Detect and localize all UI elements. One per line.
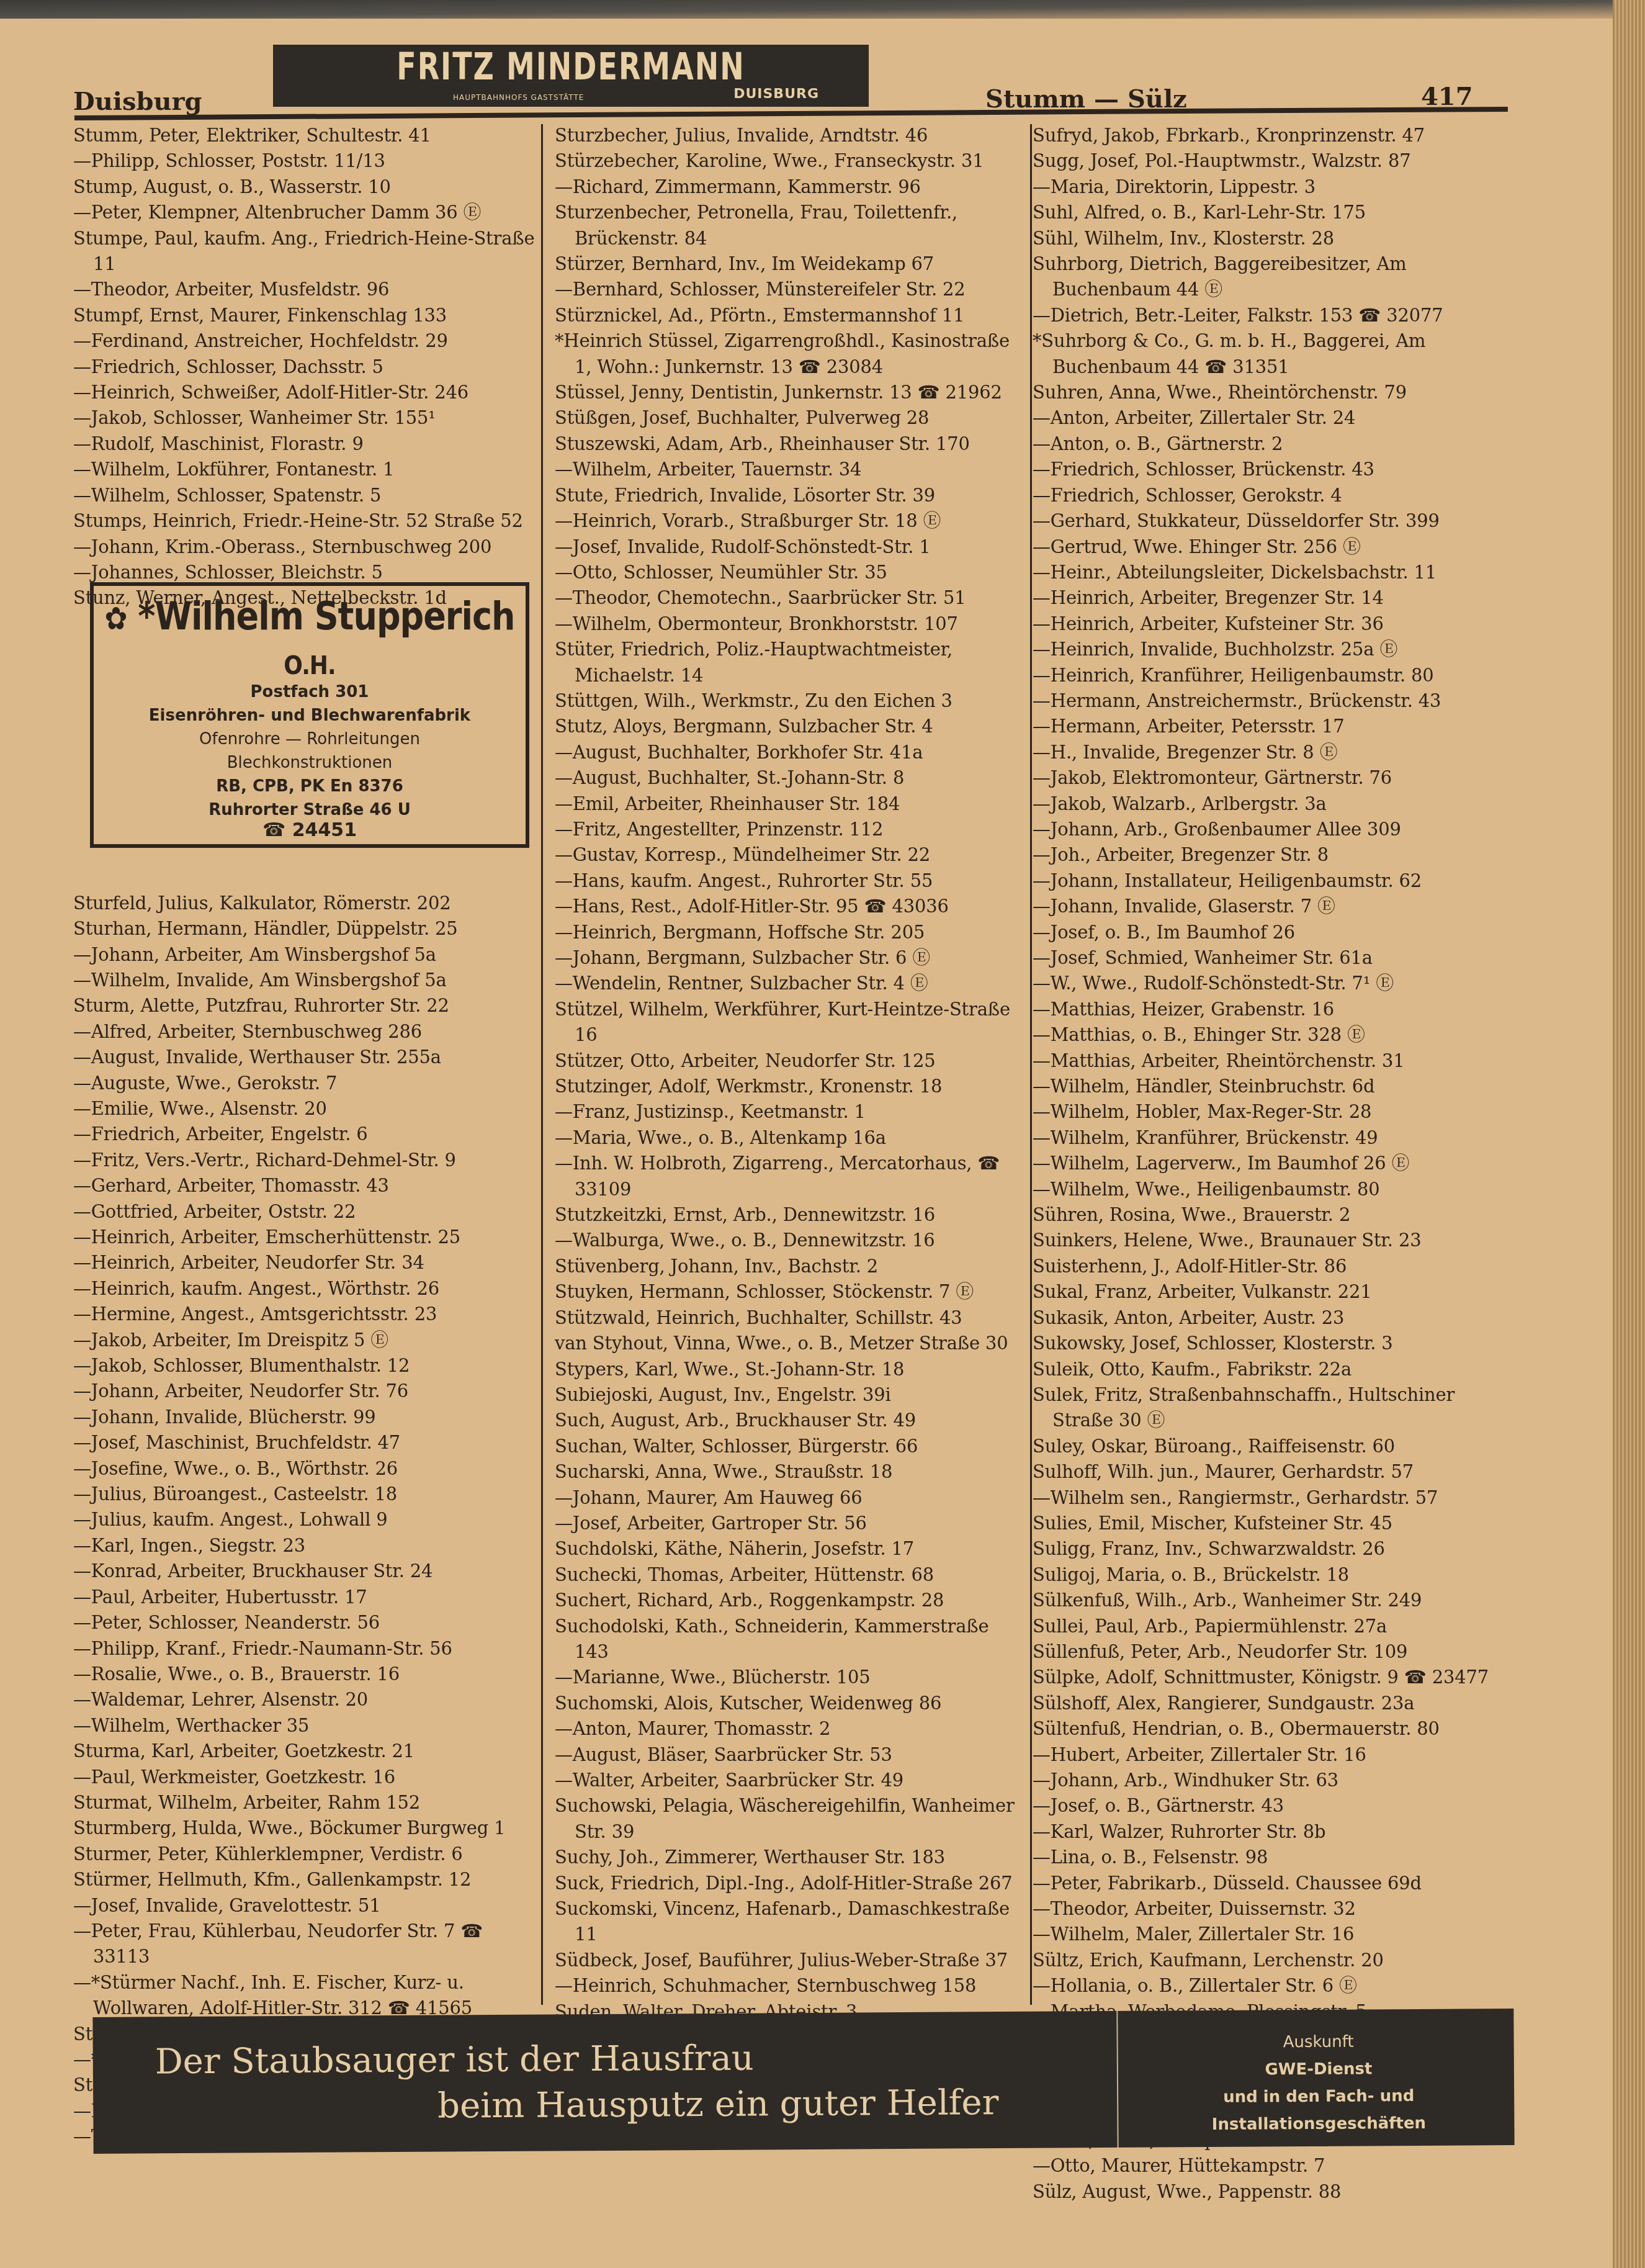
- directory-entry: —Peter, Klempner, Altenbrucher Damm 36 Ⓔ: [73, 200, 545, 225]
- directory-entry: Suckomski, Vincenz, Hafenarb., Damaschke…: [555, 1896, 1026, 1948]
- directory-entry: Suhrborg, Dietrich, Baggereibesitzer, Am…: [1033, 251, 1517, 303]
- directory-entry: Stürzer, Bernhard, Inv., Im Weidekamp 67: [555, 251, 1026, 277]
- directory-entry: Suhl, Alfred, o. B., Karl-Lehr-Str. 175: [1033, 200, 1517, 225]
- directory-entry: —Maria, Wwe., o. B., Altenkamp 16a: [555, 1125, 1026, 1151]
- directory-entry: Stutzinger, Adolf, Werkmstr., Kronenstr.…: [555, 1074, 1026, 1099]
- directory-entry: Sültz, Erich, Kaufmann, Lerchenstr. 20: [1033, 1948, 1517, 1973]
- directory-entry: —Josef, Schmied, Wanheimer Str. 61a: [1033, 945, 1517, 971]
- page-edge: [1613, 0, 1645, 2268]
- directory-entry: Subiejoski, August, Inv., Engelstr. 39i: [555, 1382, 1026, 1408]
- directory-entry: —Wilhelm, Arbeiter, Tauernstr. 34: [555, 457, 1026, 482]
- directory-entry: —Josefine, Wwe., o. B., Wörthstr. 26: [73, 1456, 545, 1482]
- directory-entry: —Wilhelm, Kranführer, Brückenstr. 49: [1033, 1125, 1517, 1151]
- directory-entry: —Heinrich, Schuhmacher, Sternbuschweg 15…: [555, 1973, 1026, 1999]
- directory-entry: Suhren, Anna, Wwe., Rheintörchenstr. 79: [1033, 380, 1517, 405]
- directory-entry: Stump, August, o. B., Wasserstr. 10: [73, 174, 545, 200]
- directory-entry: —Hermine, Angest., Amtsgerichtsstr. 23: [73, 1302, 545, 1327]
- directory-entry: —Peter, Schlosser, Neanderstr. 56: [73, 1610, 545, 1636]
- directory-entry: —Ferdinand, Anstreicher, Hochfeldstr. 29: [73, 328, 545, 354]
- directory-entry: —Wilhelm, Werthacker 35: [73, 1713, 545, 1739]
- directory-entry: Stypers, Karl, Wwe., St.-Johann-Str. 18: [555, 1357, 1026, 1382]
- directory-entry: —Karl, Ingen., Siegstr. 23: [73, 1533, 545, 1559]
- directory-entry: Stürzebecher, Karoline, Wwe., Franseckys…: [555, 148, 1026, 174]
- directory-entry: —Friedrich, Schlosser, Gerokstr. 4: [1033, 483, 1517, 508]
- ad-line: Ruhrorter Straße 46 U: [94, 801, 526, 819]
- directory-entry: —Johann, Arb., Windhuker Str. 63: [1033, 1768, 1517, 1793]
- ad-line: Blechkonstruktionen: [94, 754, 526, 772]
- ad-phone: ☎ 24451: [94, 819, 526, 841]
- directory-entry: —Gerhard, Stukkateur, Düsseldorfer Str. …: [1033, 508, 1517, 534]
- directory-entry: —Josef, o. B., Gärtnerstr. 43: [1033, 1793, 1517, 1819]
- directory-entry: Sucharski, Anna, Wwe., Straußstr. 18: [555, 1459, 1026, 1485]
- directory-entry: Sülshoff, Alex, Rangierer, Sundgaustr. 2…: [1033, 1691, 1517, 1716]
- directory-entry: —Heinrich, Bergmann, Hoffsche Str. 205: [555, 920, 1026, 945]
- directory-entry: —Jakob, Schlosser, Blumenthalstr. 12: [73, 1353, 545, 1379]
- directory-entry: —Wilhelm, Schlosser, Spatenstr. 5: [73, 483, 545, 508]
- directory-entry: Sufryd, Jakob, Fbrkarb., Kronprinzenstr.…: [1033, 123, 1517, 148]
- directory-entry: Sturmat, Wilhelm, Arbeiter, Rahm 152: [73, 1790, 545, 1816]
- ad-line: RB, CPB, PK En 8376: [94, 777, 526, 796]
- directory-entry: Stuszewski, Adam, Arb., Rheinhauser Str.…: [555, 431, 1026, 457]
- directory-entry: Sühren, Rosina, Wwe., Brauerstr. 2: [1033, 1202, 1517, 1228]
- directory-entry: Suleik, Otto, Kaufm., Fabrikstr. 22a: [1033, 1357, 1517, 1382]
- directory-entry: —Wilhelm, Maler, Zillertaler Str. 16: [1033, 1922, 1517, 1947]
- directory-entry: —Wilhelm, Wwe., Heiligenbaumstr. 80: [1033, 1177, 1517, 1202]
- directory-entry: —Anton, o. B., Gärtnerstr. 2: [1033, 431, 1517, 457]
- directory-entry: —Auguste, Wwe., Gerokstr. 7: [73, 1071, 545, 1096]
- directory-entry: Suchecki, Thomas, Arbeiter, Hüttenstr. 6…: [555, 1562, 1026, 1588]
- directory-entry: Suligoj, Maria, o. B., Brückelstr. 18: [1033, 1562, 1517, 1588]
- directory-entry: —Wilhelm, Invalide, Am Winsbergshof 5a: [73, 968, 545, 993]
- directory-entry: Sukowsky, Josef, Schlosser, Klosterstr. …: [1033, 1331, 1517, 1356]
- directory-entry: Sturmberg, Hulda, Wwe., Böckumer Burgweg…: [73, 1816, 545, 1841]
- directory-entry: —Josef, o. B., Im Baumhof 26: [1033, 920, 1517, 945]
- directory-entry: Stüssel, Jenny, Dentistin, Junkernstr. 1…: [555, 380, 1026, 405]
- directory-entry: Sulies, Emil, Mischer, Kufsteiner Str. 4…: [1033, 1511, 1517, 1536]
- directory-entry: —Heinrich, Vorarb., Straßburger Str. 18 …: [555, 508, 1026, 534]
- directory-entry: Sülkenfuß, Wilh., Arb., Wanheimer Str. 2…: [1033, 1588, 1517, 1613]
- directory-entry: —Dietrich, Betr.-Leiter, Falkstr. 153 ☎ …: [1033, 303, 1517, 328]
- ad-slogan-line1: Der Staubsauger ist der Hausfrau: [155, 2038, 754, 2082]
- directory-entry: —Johann, Arbeiter, Neudorfer Str. 76: [73, 1379, 545, 1404]
- directory-entry: Stute, Friedrich, Invalide, Lösorter Str…: [555, 483, 1026, 508]
- directory-entry: —Richard, Zimmermann, Kammerstr. 96: [555, 174, 1026, 200]
- directory-entry: —Jakob, Arbeiter, Im Dreispitz 5 Ⓔ: [73, 1328, 545, 1353]
- directory-entry: —Friedrich, Arbeiter, Engelstr. 6: [73, 1122, 545, 1147]
- directory-entry: —Wendelin, Rentner, Sulzbacher Str. 4 Ⓔ: [555, 971, 1026, 996]
- directory-entry: Suck, Friedrich, Dipl.-Ing., Adolf-Hitle…: [555, 1871, 1026, 1896]
- directory-entry: —Gustav, Korresp., Mündelheimer Str. 22: [555, 842, 1026, 868]
- ad-vacuum-cleaner: Der Staubsauger ist der Hausfrau beim Ha…: [92, 2009, 1514, 2154]
- directory-entry: —Theodor, Arbeiter, Duissernstr. 32: [1033, 1896, 1517, 1922]
- directory-entry: —Emil, Arbeiter, Rheinhauser Str. 184: [555, 791, 1026, 817]
- directory-entry: Sülz, August, Wwe., Pappenstr. 88: [1033, 2179, 1517, 2205]
- directory-entry: Suley, Oskar, Büroang., Raiffeisenstr. 6…: [1033, 1434, 1517, 1459]
- directory-entry: —Theodor, Chemotechn., Saarbrücker Str. …: [555, 585, 1026, 611]
- directory-entry: —Johann, Arb., Großenbaumer Allee 309: [1033, 817, 1517, 842]
- directory-entry: —Paul, Werkmeister, Goetzkestr. 16: [73, 1765, 545, 1790]
- directory-entry: —Bernhard, Schlosser, Münstereifeler Str…: [555, 277, 1026, 302]
- directory-entry: —Walter, Arbeiter, Saarbrücker Str. 49: [555, 1768, 1026, 1793]
- directory-entry: Sturm, Alette, Putzfrau, Ruhrorter Str. …: [73, 993, 545, 1019]
- directory-entry: —Heinrich, Kranführer, Heiligenbaumstr. …: [1033, 663, 1517, 688]
- directory-entry: —Gertrud, Wwe. Ehinger Str. 256 Ⓔ: [1033, 534, 1517, 560]
- directory-entry: —*Stürmer Nachf., Inh. E. Fischer, Kurz-…: [73, 1970, 545, 2022]
- directory-entry: —August, Bläser, Saarbrücker Str. 53: [555, 1742, 1026, 1768]
- entry-list: Stumm, Peter, Elektriker, Schultestr. 41…: [73, 123, 545, 611]
- directory-entry: —Johann, Bergmann, Sulzbacher Str. 6 Ⓔ: [555, 945, 1026, 971]
- directory-entry: Sturfeld, Julius, Kalkulator, Römerstr. …: [73, 891, 545, 916]
- directory-entry: Stüßgen, Josef, Buchhalter, Pulverweg 28: [555, 405, 1026, 431]
- directory-entry: Sturhan, Hermann, Händler, Düppelstr. 25: [73, 916, 545, 942]
- directory-entry: —Julius, Büroangest., Casteelstr. 18: [73, 1482, 545, 1507]
- directory-entry: —Wilhelm, Hobler, Max-Reger-Str. 28: [1033, 1099, 1517, 1125]
- directory-entry: Sukal, Franz, Arbeiter, Vulkanstr. 221: [1033, 1279, 1517, 1305]
- directory-entry: —Josef, Invalide, Rudolf-Schönstedt-Str.…: [555, 534, 1026, 560]
- directory-entry: —Wilhelm, Händler, Steinbruchstr. 6d: [1033, 1074, 1517, 1099]
- directory-entry: —Jakob, Elektromonteur, Gärtnerstr. 76: [1033, 765, 1517, 791]
- directory-entry: —Peter, Fabrikarb., Düsseld. Chaussee 69…: [1033, 1871, 1517, 1896]
- directory-entry: Sulek, Fritz, Straßenbahnschaffn., Hults…: [1033, 1382, 1517, 1434]
- directory-entry: Suchan, Walter, Schlosser, Bürgerstr. 66: [555, 1434, 1026, 1459]
- column-1: Stumm, Peter, Elektriker, Schultestr. 41…: [73, 123, 545, 2150]
- directory-entry: Suchy, Joh., Zimmerer, Werthauser Str. 1…: [555, 1845, 1026, 1870]
- directory-entry: —Heinrich, kaufm. Angest., Wörthstr. 26: [73, 1276, 545, 1302]
- directory-entry: —Marianne, Wwe., Blücherstr. 105: [555, 1665, 1026, 1690]
- directory-entry: —Wilhelm, Lagerverw., Im Baumhof 26 Ⓔ: [1033, 1151, 1517, 1176]
- directory-entry: —Johann, Invalide, Blücherstr. 99: [73, 1405, 545, 1430]
- directory-entry: Süllenfuß, Peter, Arb., Neudorfer Str. 1…: [1033, 1639, 1517, 1665]
- directory-entry: —Heinrich, Arbeiter, Emscherhüttenstr. 2…: [73, 1225, 545, 1250]
- directory-entry: —Fritz, Vers.-Vertr., Richard-Dehmel-Str…: [73, 1148, 545, 1173]
- ad-stupperich: ✿ *Wilhelm Stupperich O.H. Postfach 301 …: [90, 582, 529, 848]
- directory-entry: Stumm, Peter, Elektriker, Schultestr. 41: [73, 123, 545, 148]
- directory-entry: —Anton, Arbeiter, Zillertaler Str. 24: [1033, 405, 1517, 431]
- directory-entry: Sturzenbecher, Petronella, Frau, Toilett…: [555, 200, 1026, 251]
- directory-entry: —Philipp, Kranf., Friedr.-Naumann-Str. 5…: [73, 1636, 545, 1662]
- entry-list: Sturfeld, Julius, Kalkulator, Römerstr. …: [73, 891, 545, 2150]
- directory-entry: Stützel, Wilhelm, Werkführer, Kurt-Heint…: [555, 997, 1026, 1048]
- directory-entry: —Konrad, Arbeiter, Bruckhauser Str. 24: [73, 1559, 545, 1584]
- directory-entry: —Lina, o. B., Felsenstr. 98: [1033, 1845, 1517, 1870]
- directory-entry: Suisterhenn, J., Adolf-Hitler-Str. 86: [1033, 1254, 1517, 1279]
- directory-entry: Suchowski, Pelagia, Wäschereigehilfin, W…: [555, 1793, 1026, 1845]
- directory-entry: Sühl, Wilhelm, Inv., Klosterstr. 28: [1033, 226, 1517, 251]
- directory-entry: —Johann, Installateur, Heiligenbaumstr. …: [1033, 868, 1517, 894]
- directory-entry: —Heinrich, Invalide, Buchholzstr. 25a Ⓔ: [1033, 637, 1517, 662]
- directory-entry: —August, Invalide, Werthauser Str. 255a: [73, 1045, 545, 1070]
- directory-entry: —Josef, Invalide, Gravelottestr. 51: [73, 1893, 545, 1919]
- directory-entry: Stürmer, Hellmuth, Kfm., Gallenkampstr. …: [73, 1867, 545, 1892]
- directory-entry: —Paul, Arbeiter, Hubertusstr. 17: [73, 1585, 545, 1610]
- directory-entry: Sullei, Paul, Arb., Papiermühlenstr. 27a: [1033, 1614, 1517, 1639]
- directory-entry: Suchodolski, Kath., Schneiderin, Kammers…: [555, 1614, 1026, 1665]
- directory-entry: Stüvenberg, Johann, Inv., Bachstr. 2: [555, 1254, 1026, 1279]
- header-city: Duisburg: [73, 87, 202, 116]
- directory-entry: —Philipp, Schlosser, Poststr. 11/13: [73, 148, 545, 174]
- ad-line: Postfach 301: [94, 683, 526, 701]
- ad-slogan-line2: beim Hausputz ein guter Helfer: [437, 2082, 999, 2126]
- directory-entry: Such, August, Arb., Bruckhauser Str. 49: [555, 1408, 1026, 1433]
- directory-entry: —Friedrich, Schlosser, Brückenstr. 43: [1033, 457, 1517, 482]
- directory-entry: —Alfred, Arbeiter, Sternbuschweg 286: [73, 1019, 545, 1045]
- directory-entry: *Suhrborg & Co., G. m. b. H., Baggerei, …: [1033, 328, 1517, 380]
- ad-side-line: Installationsgeschäften: [1123, 2109, 1514, 2139]
- directory-entry: Sülpke, Adolf, Schnittmuster, Königstr. …: [1033, 1665, 1517, 1690]
- directory-entry: Stumpf, Ernst, Maurer, Finkenschlag 133: [73, 303, 545, 328]
- directory-entry: —Johann, Maurer, Am Hauweg 66: [555, 1485, 1026, 1511]
- directory-entry: Stutzkeitzki, Ernst, Arb., Dennewitzstr.…: [555, 1202, 1026, 1228]
- ad-side-line: und in den Fach- und: [1123, 2082, 1514, 2112]
- directory-entry: —Heinrich, Arbeiter, Neudorfer Str. 34: [73, 1250, 545, 1276]
- directory-entry: —Matthias, o. B., Ehinger Str. 328 Ⓔ: [1033, 1022, 1517, 1048]
- directory-entry: —Joh., Arbeiter, Bregenzer Str. 8: [1033, 842, 1517, 868]
- directory-entry: Suligg, Franz, Inv., Schwarzwaldstr. 26: [1033, 1536, 1517, 1562]
- banner-name: FRITZ MINDERMANN: [273, 45, 869, 88]
- directory-entry: —Walburga, Wwe., o. B., Dennewitzstr. 16: [555, 1228, 1026, 1253]
- directory-entry: —Wilhelm sen., Rangiermstr., Gerhardstr.…: [1033, 1485, 1517, 1511]
- directory-entry: Sturma, Karl, Arbeiter, Goetzkestr. 21: [73, 1739, 545, 1764]
- directory-entry: —Heinrich, Arbeiter, Bregenzer Str. 14: [1033, 585, 1517, 611]
- entry-list: Sturzbecher, Julius, Invalide, Arndtstr.…: [555, 123, 1026, 2128]
- directory-entry: —Josef, Maschinist, Bruchfeldstr. 47: [73, 1430, 545, 1456]
- directory-entry: —Matthias, Arbeiter, Rheintörchenstr. 31: [1033, 1048, 1517, 1074]
- directory-entry: —August, Buchhalter, St.-Johann-Str. 8: [555, 765, 1026, 791]
- directory-entry: —Emilie, Wwe., Alsenstr. 20: [73, 1096, 545, 1122]
- directory-entry: Stuyken, Hermann, Schlosser, Stöckenstr.…: [555, 1279, 1026, 1305]
- directory-entry: —Hans, Rest., Adolf-Hitler-Str. 95 ☎ 430…: [555, 894, 1026, 919]
- directory-entry: Stumpe, Paul, kaufm. Ang., Friedrich-Hei…: [73, 226, 545, 277]
- directory-entry: —Peter, Frau, Kühlerbau, Neudorfer Str. …: [73, 1919, 545, 1970]
- directory-entry: —Gottfried, Arbeiter, Oststr. 22: [73, 1199, 545, 1225]
- directory-entry: —H., Invalide, Bregenzer Str. 8 Ⓔ: [1033, 740, 1517, 765]
- directory-entry: Stützwald, Heinrich, Buchhalter, Schills…: [555, 1305, 1026, 1331]
- column-divider: [1030, 124, 1032, 2005]
- directory-entry: —Heinrich, Schweißer, Adolf-Hitler-Str. …: [73, 380, 545, 405]
- directory-entry: —Hubert, Arbeiter, Zillertaler Str. 16: [1033, 1742, 1517, 1768]
- directory-entry: Suchdolski, Käthe, Näherin, Josefstr. 17: [555, 1536, 1026, 1562]
- directory-entry: —August, Buchhalter, Borkhofer Str. 41a: [555, 740, 1026, 765]
- directory-entry: —Jakob, Schlosser, Wanheimer Str. 155¹: [73, 405, 545, 431]
- directory-entry: Stüter, Friedrich, Poliz.-Hauptwachtmeis…: [555, 637, 1026, 688]
- directory-entry: —Theodor, Arbeiter, Musfeldstr. 96: [73, 277, 545, 302]
- directory-entry: —Hollania, o. B., Zillertaler Str. 6 Ⓔ: [1033, 1973, 1517, 1999]
- directory-entry: —Matthias, Heizer, Grabenstr. 16: [1033, 997, 1517, 1022]
- directory-entry: Sukasik, Anton, Arbeiter, Austr. 23: [1033, 1305, 1517, 1331]
- directory-entry: Sültenfuß, Hendrian, o. B., Obermauerstr…: [1033, 1716, 1517, 1742]
- directory-entry: Stützer, Otto, Arbeiter, Neudorfer Str. …: [555, 1048, 1026, 1074]
- header-banner-ad: FRITZ MINDERMANN HAUPTBAHNHOFS GASTSTÄTT…: [273, 45, 869, 107]
- directory-entry: *Heinrich Stüssel, Zigarrengroßhdl., Kas…: [555, 328, 1026, 380]
- directory-entry: —Waldemar, Lehrer, Alsenstr. 20: [73, 1687, 545, 1712]
- directory-entry: —Wilhelm, Obermonteur, Bronkhorststr. 10…: [555, 611, 1026, 637]
- directory-entry: —Johann, Invalide, Glaserstr. 7 Ⓔ: [1033, 894, 1517, 919]
- directory-entry: Sturmer, Peter, Kühlerklempner, Verdistr…: [73, 1842, 545, 1867]
- directory-entry: Suchert, Richard, Arb., Roggenkampstr. 2…: [555, 1588, 1026, 1613]
- directory-entry: —Inh. W. Holbroth, Zigarreng., Mercatorh…: [555, 1151, 1026, 1202]
- directory-entry: Stumps, Heinrich, Friedr.-Heine-Str. 52 …: [73, 508, 545, 534]
- directory-entry: —Gerhard, Arbeiter, Thomasstr. 43: [73, 1173, 545, 1199]
- directory-entry: Suinkers, Helene, Wwe., Braunauer Str. 2…: [1033, 1228, 1517, 1253]
- directory-entry: —Otto, Maurer, Hüttekampstr. 7: [1033, 2153, 1517, 2179]
- directory-entry: Stüttgen, Wilh., Werkmstr., Zu den Eiche…: [555, 688, 1026, 714]
- ad-side-line: Auskunft: [1123, 2027, 1514, 2057]
- directory-entry: —Hans, kaufm. Angest., Ruhrorter Str. 55: [555, 868, 1026, 894]
- column-3: Sufryd, Jakob, Fbrkarb., Kronprinzenstr.…: [1033, 123, 1517, 2205]
- ad-divider: [1116, 2011, 1118, 2148]
- ad-side-line: GWE-Dienst: [1123, 2054, 1514, 2084]
- directory-entry: van Styhout, Vinna, Wwe., o. B., Metzer …: [555, 1331, 1026, 1356]
- directory-entry: —Heinr., Abteilungsleiter, Dickelsbachst…: [1033, 560, 1517, 585]
- directory-entry: Stürznickel, Ad., Pförtn., Emstermannsho…: [555, 303, 1026, 328]
- directory-entry: —Josef, Arbeiter, Gartroper Str. 56: [555, 1511, 1026, 1536]
- entry-list: Sufryd, Jakob, Fbrkarb., Kronprinzenstr.…: [1033, 123, 1517, 2205]
- directory-entry: —Rudolf, Maschinist, Florastr. 9: [73, 431, 545, 457]
- directory-entry: —Wilhelm, Lokführer, Fontanestr. 1: [73, 457, 545, 482]
- ad-line: Ofenrohre — Rohrleitungen: [94, 730, 526, 749]
- directory-entry: —Heinrich, Arbeiter, Kufsteiner Str. 36: [1033, 611, 1517, 637]
- directory-entry: Suchomski, Alois, Kutscher, Weidenweg 86: [555, 1691, 1026, 1716]
- directory-entry: —Johann, Krim.-Oberass., Sternbuschweg 2…: [73, 534, 545, 560]
- ad-title: ✿ *Wilhelm Stupperich O.H.: [94, 594, 526, 684]
- ad-side-info: Auskunft GWE-Dienst und in den Fach- und…: [1123, 2027, 1515, 2139]
- wreath-icon: ✿: [105, 601, 127, 637]
- directory-entry: —Julius, kaufm. Angest., Lohwall 9: [73, 1507, 545, 1532]
- directory-entry: Sugg, Josef, Pol.-Hauptwmstr., Walzstr. …: [1033, 148, 1517, 174]
- ad-line: Eisenröhren- und Blechwarenfabrik: [94, 706, 526, 725]
- directory-entry: —Fritz, Angestellter, Prinzenstr. 112: [555, 817, 1026, 842]
- directory-entry: Sturzbecher, Julius, Invalide, Arndtstr.…: [555, 123, 1026, 148]
- directory-entry: —Johann, Arbeiter, Am Winsbergshof 5a: [73, 942, 545, 968]
- directory-entry: Stutz, Aloys, Bergmann, Sulzbacher Str. …: [555, 714, 1026, 739]
- directory-entry: —Hermann, Arbeiter, Petersstr. 17: [1033, 714, 1517, 739]
- directory-entry: —Rosalie, Wwe., o. B., Brauerstr. 16: [73, 1662, 545, 1687]
- directory-entry: Sulhoff, Wilh. jun., Maurer, Gerhardstr.…: [1033, 1459, 1517, 1485]
- banner-city: DUISBURG: [733, 86, 819, 102]
- column-2: Sturzbecher, Julius, Invalide, Arndtstr.…: [555, 123, 1026, 2128]
- directory-entry: —Franz, Justizinsp., Keetmanstr. 1: [555, 1099, 1026, 1125]
- directory-entry: Südbeck, Josef, Bauführer, Julius-Weber-…: [555, 1948, 1026, 1973]
- directory-entry: —Hermann, Anstreichermstr., Brückenstr. …: [1033, 688, 1517, 714]
- directory-entry: —Anton, Maurer, Thomasstr. 2: [555, 1716, 1026, 1742]
- directory-entry: —Jakob, Walzarb., Arlbergstr. 3a: [1033, 791, 1517, 817]
- directory-entry: —Karl, Walzer, Ruhrorter Str. 8b: [1033, 1819, 1517, 1845]
- directory-entry: —Maria, Direktorin, Lippestr. 3: [1033, 174, 1517, 200]
- directory-entry: —Friedrich, Schlosser, Dachsstr. 5: [73, 354, 545, 380]
- directory-entry: —Otto, Schlosser, Neumühler Str. 35: [555, 560, 1026, 585]
- banner-subtitle: HAUPTBAHNHOFS GASTSTÄTTE: [453, 93, 584, 102]
- directory-entry: —W., Wwe., Rudolf-Schönstedt-Str. 7¹ Ⓔ: [1033, 971, 1517, 996]
